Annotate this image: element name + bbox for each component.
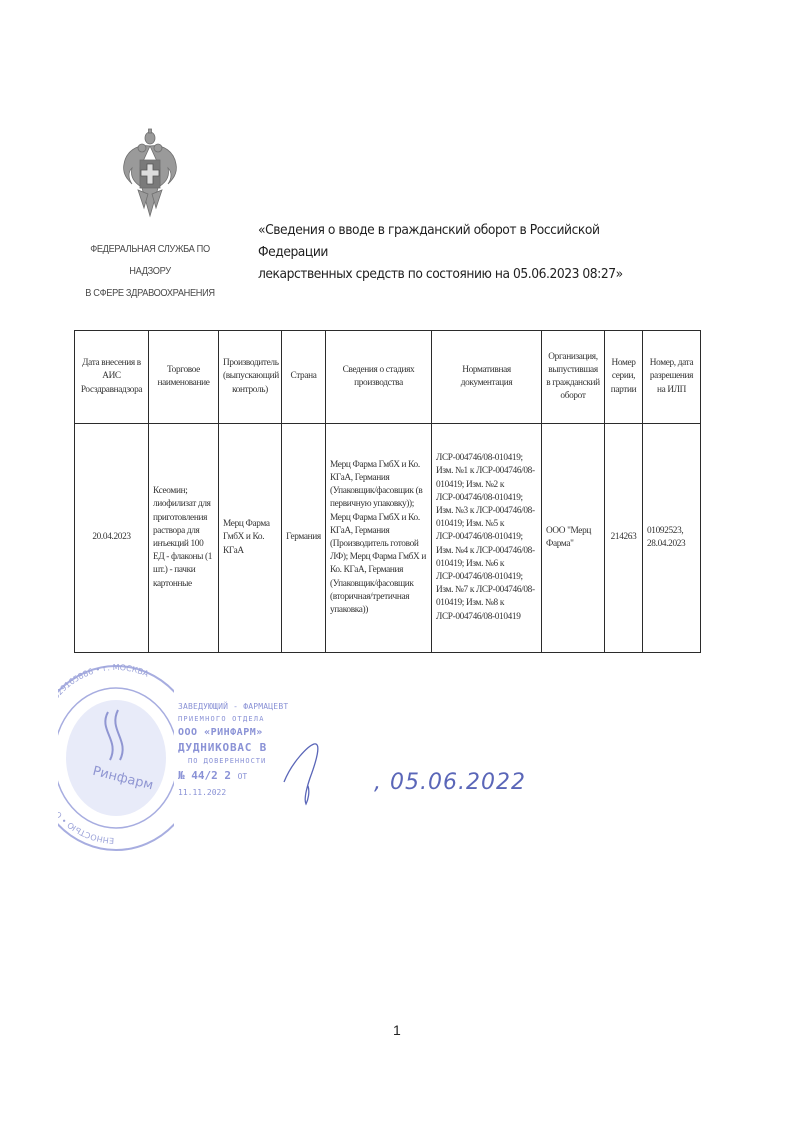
col-header-permit: Номер, дата разрешения на ИЛП <box>643 331 701 424</box>
stamp-position: ЗАВЕДУЮЩИЙ - ФАРМАЦЕВТ <box>178 700 300 713</box>
col-header-production-stages: Сведения о стадиях производства <box>326 331 432 424</box>
table-row: 20.04.2023 Ксеомин; лиофилизат для приго… <box>75 424 701 653</box>
stamp-company: ООО «РИНФАРМ» <box>178 725 300 740</box>
col-header-country: Страна <box>282 331 326 424</box>
cell-normative-docs: ЛСР-004746/08-010419; Изм. №1 к ЛСР-0047… <box>432 424 542 653</box>
roszdravnadzor-emblem-icon <box>118 128 182 220</box>
signature-date: , 05.06.2022 <box>374 770 526 795</box>
attorney-number: № 44/2 2 <box>178 769 231 782</box>
table-header-row: Дата внесения в АИС Росздравнадзора Торг… <box>75 331 701 424</box>
cell-country: Германия <box>282 424 326 653</box>
company-seal-stamp: ОБЩЕСТВО С ОГРАНИЧЕННОЙ ОТВЕТСТВЕННОСТЬЮ… <box>58 660 174 856</box>
agency-line-1: ФЕДЕРАЛЬНАЯ СЛУЖБА ПО НАДЗОРУ <box>73 238 228 282</box>
col-header-organization: Организация, выпустившая в гражданский о… <box>542 331 605 424</box>
title-line-1: «Сведения о вводе в гражданский оборот в… <box>258 220 644 264</box>
agency-line-2: В СФЕРЕ ЗДРАВООХРАНЕНИЯ <box>73 282 228 304</box>
drug-circulation-table: Дата внесения в АИС Росздравнадзора Торг… <box>74 330 701 653</box>
handwritten-signature <box>282 742 342 806</box>
cell-production-stages: Мерц Фарма ГмбХ и Ко. КГаА, Германия (Уп… <box>326 424 432 653</box>
cell-date-entered: 20.04.2023 <box>75 424 149 653</box>
cell-trade-name: Ксеомин; лиофилизат для приготовления ра… <box>149 424 219 653</box>
col-header-normative-docs: Нормативная документация <box>432 331 542 424</box>
cell-manufacturer: Мерц Фарма ГмбХ и Ко. КГаА <box>219 424 282 653</box>
col-header-batch-number: Номер серии, партии <box>605 331 643 424</box>
document-title: «Сведения о вводе в гражданский оборот в… <box>258 220 644 286</box>
title-line-2: лекарственных средств по состоянию на 05… <box>258 264 644 286</box>
col-header-date-entered: Дата внесения в АИС Росздравнадзора <box>75 331 149 424</box>
stamp-department: ПРИЕМНОГО ОТДЕЛА <box>178 713 300 725</box>
col-header-manufacturer: Производитель (выпускающий контроль) <box>219 331 282 424</box>
cell-organization: ООО "Мерц Фарма" <box>542 424 605 653</box>
cell-batch-number: 214263 <box>605 424 643 653</box>
cell-permit: 01092523, 28.04.2023 <box>643 424 701 653</box>
page-number: 1 <box>393 1022 401 1038</box>
agency-name: ФЕДЕРАЛЬНАЯ СЛУЖБА ПО НАДЗОРУ В СФЕРЕ ЗД… <box>73 238 228 304</box>
col-header-trade-name: Торговое наименование <box>149 331 219 424</box>
